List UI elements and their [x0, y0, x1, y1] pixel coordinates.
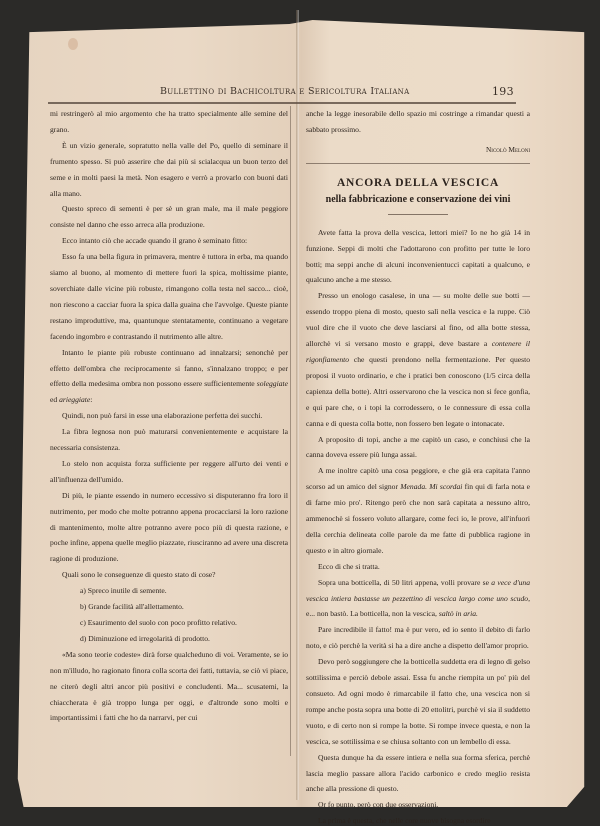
- paragraph: Quindi, non può farsi in esse una elabor…: [50, 408, 288, 424]
- title-rule: [388, 214, 448, 215]
- italic-text: arieggiate: [59, 395, 90, 404]
- list-item: a) Spreco inutile di semente.: [50, 583, 288, 599]
- italic-text: saltò in aria.: [439, 609, 478, 618]
- paragraph: Lo stelo non acquista forza sufficiente …: [50, 456, 288, 488]
- paragraph: Questa dunque ha da essere intiera e nel…: [306, 750, 530, 798]
- paragraph: Sopra una botticella, di 50 litri appena…: [306, 575, 530, 623]
- paragraph: La prima è questa, che nelle core nuove …: [306, 813, 530, 826]
- paragraph: «Ma sono teorie codeste» dirà forse qual…: [50, 647, 288, 727]
- italic-text: soleggiate: [257, 379, 288, 388]
- paragraph: Esso fa una bella figura in primavera, m…: [50, 249, 288, 344]
- column-divider: [290, 106, 291, 756]
- list-item: c) Esaurimento del suolo con poco profit…: [50, 615, 288, 631]
- text-run: ed: [50, 395, 59, 404]
- paragraph: Intanto le piante più robuste continuano…: [50, 345, 288, 409]
- paragraph: Questo spreco di sementi è per sè un gra…: [50, 201, 288, 233]
- list-item: b) Grande facilità all'allettamento.: [50, 599, 288, 615]
- paragraph: Avete fatta la prova della vescica, lett…: [306, 225, 530, 289]
- page-number: 193: [492, 85, 514, 98]
- paragraph: Devo però soggiungere che la botticella …: [306, 654, 530, 749]
- paragraph: Ecco intanto ciò che accade quando il gr…: [50, 233, 288, 249]
- paragraph: anche la legge inesorabile dello spazio …: [306, 106, 530, 138]
- paragraph: Ecco di che si tratta.: [306, 559, 530, 575]
- text-run: :: [90, 395, 92, 404]
- paragraph: È un vizio generale, sopratutto nella va…: [50, 138, 288, 202]
- paragraph: Di più, le piante essendo in numero ecce…: [50, 488, 288, 568]
- article-title: ANCORA DELLA VESCICA: [306, 174, 530, 192]
- text-run: Sopra una botticella, di 50 litri appena…: [318, 578, 491, 587]
- paragraph: Pare incredibile il fatto! ma è pur vero…: [306, 622, 530, 654]
- paragraph: Or fo punto, però con due osservazioni.: [306, 797, 530, 813]
- paragraph: A me inoltre capitò una cosa peggiore, e…: [306, 463, 530, 558]
- header-rule: [48, 102, 516, 104]
- paragraph: A proposito di topi, anche a me capitò u…: [306, 432, 530, 464]
- paragraph: mi restringerò al mio argomento che ha t…: [50, 106, 288, 138]
- article-subtitle: nella fabbricazione e conservazione dei …: [306, 192, 530, 208]
- author-signature: Nicolò Meloni: [306, 142, 530, 158]
- section-rule: [306, 163, 530, 164]
- left-column: mi restringerò al mio argomento che ha t…: [50, 106, 288, 726]
- paragraph: La fibra legnosa non può maturarsi conve…: [50, 424, 288, 456]
- text-run: che questi prendono nella fermentazione.…: [306, 355, 530, 428]
- italic-text: Menada. Mi scordai: [400, 482, 462, 491]
- list-item: d) Diminuzione ed irregolarità di prodot…: [50, 631, 288, 647]
- paragraph: Presso un enologo casalese, in una — su …: [306, 288, 530, 431]
- paragraph: Quali sono le conseguenze di questo stat…: [50, 567, 288, 583]
- text-run: Intanto le piante più robuste continuano…: [50, 348, 288, 389]
- journal-title: Bullettino di Bachicoltura e Sericoltura…: [160, 86, 409, 97]
- text-run: fin qui di farla nota e di farne mio pro…: [306, 482, 530, 555]
- right-column: anche la legge inesorabile dello spazio …: [306, 106, 530, 826]
- page-fold: [296, 10, 299, 800]
- paper-stain: [68, 38, 78, 50]
